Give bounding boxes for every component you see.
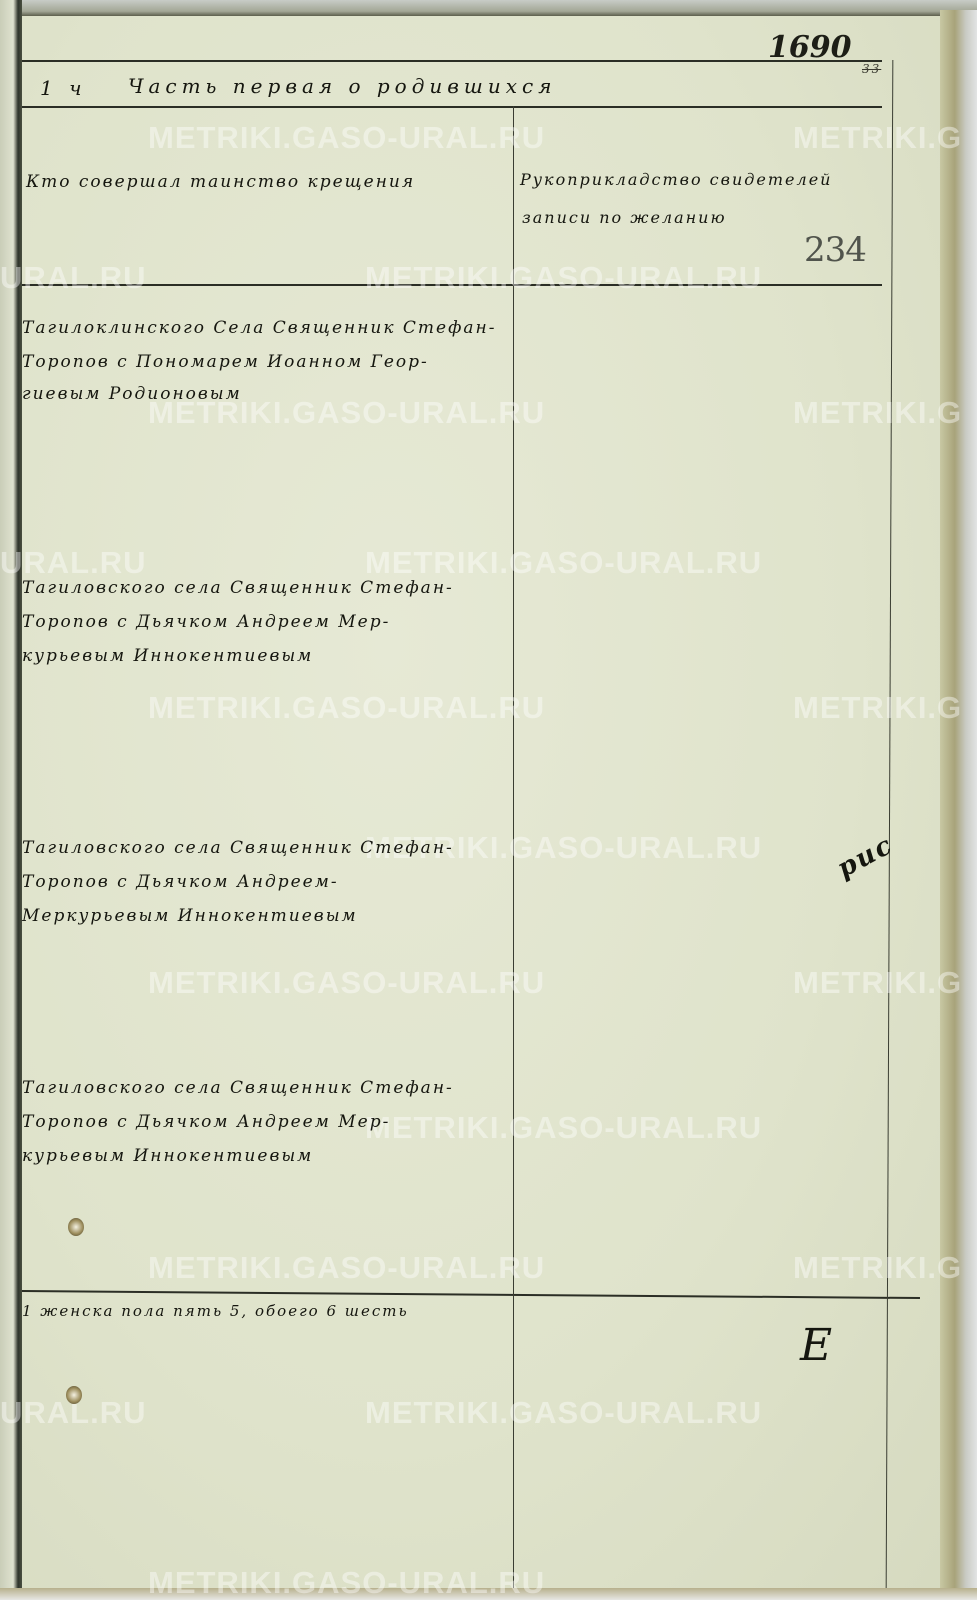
section-title: Часть первая о родившихся bbox=[128, 74, 556, 98]
entry-line: Тагиловского села Священник Стефан- bbox=[22, 838, 454, 858]
header-bottom-rule bbox=[22, 106, 882, 108]
watermark: METRIKI.GASO-URAL.RU bbox=[365, 545, 762, 581]
entry-line: курьевым Иннокентиевым bbox=[22, 1146, 313, 1166]
entry-line: Торопов с Дьячком Андреем Мер- bbox=[22, 612, 390, 632]
scan-top-edge bbox=[0, 0, 977, 16]
entry-line: Тагилоклинского Села Священник Стефан- bbox=[22, 318, 496, 338]
entry-line: Торопов с Пономарем Иоанном Геор- bbox=[22, 352, 429, 372]
watermark: METRIKI.GASO-URAL.RU bbox=[148, 690, 545, 726]
entry-line: Торопов с Дьячком Андреем- bbox=[22, 872, 339, 892]
entry-line: курьевым Иннокентиевым bbox=[22, 646, 313, 666]
binding-hole bbox=[68, 1218, 84, 1236]
watermark: URAL.RU bbox=[0, 545, 147, 581]
watermark: METRIKI.GASO-URAL.RU bbox=[365, 260, 762, 296]
top-rule bbox=[22, 60, 882, 62]
watermark: METRIKI.G bbox=[793, 395, 962, 431]
entry-line: Тагиловского села Священник Стефан- bbox=[22, 578, 454, 598]
entry-line: Меркурьевым Иннокентиевым bbox=[22, 906, 358, 926]
watermark: METRIKI.GASO-URAL.RU bbox=[148, 120, 545, 156]
right-column-heading-line1: Рукоприкладство свидетелей bbox=[520, 170, 832, 189]
header-prefix: 1 ч bbox=[40, 76, 87, 100]
entry-line: Торопов с Дьячком Андреем Мер- bbox=[22, 1112, 390, 1132]
book-spine-edge bbox=[0, 0, 22, 1600]
left-column-heading: Кто совершал таинство крещения bbox=[26, 172, 415, 192]
watermark: URAL.RU bbox=[0, 260, 147, 296]
folio-sub-number: 33 bbox=[862, 62, 881, 76]
entry-line: Тагиловского села Священник Стефан- bbox=[22, 1078, 454, 1098]
watermark: METRIKI.GASO-URAL.RU bbox=[148, 965, 545, 1001]
right-column-heading-line2: записи по желанию bbox=[522, 208, 727, 227]
summary-line: 1 женска пола пять 5, обоего 6 шесть bbox=[22, 1302, 409, 1320]
watermark: METRIKI.G bbox=[793, 1250, 962, 1286]
watermark: METRIKI.GASO-URAL.RU bbox=[365, 1395, 762, 1431]
watermark: METRIKI.GASO-URAL.RU bbox=[148, 1250, 545, 1286]
watermark: METRIKI.G bbox=[793, 690, 962, 726]
archive-stamp-number: 234 bbox=[804, 230, 866, 270]
page-right-edge bbox=[940, 10, 977, 1600]
watermark: METRIKI.G bbox=[793, 120, 962, 156]
binding-hole bbox=[66, 1386, 82, 1404]
entry-line: гиевым Родионовым bbox=[22, 384, 242, 404]
summary-signature: Е bbox=[800, 1320, 834, 1371]
watermark: METRIKI.G bbox=[793, 965, 962, 1001]
watermark: METRIKI.GASO-URAL.RU bbox=[148, 1565, 545, 1600]
watermark: METRIKI.GASO-URAL.RU bbox=[365, 1110, 762, 1146]
folio-number: 1690 bbox=[768, 30, 852, 65]
